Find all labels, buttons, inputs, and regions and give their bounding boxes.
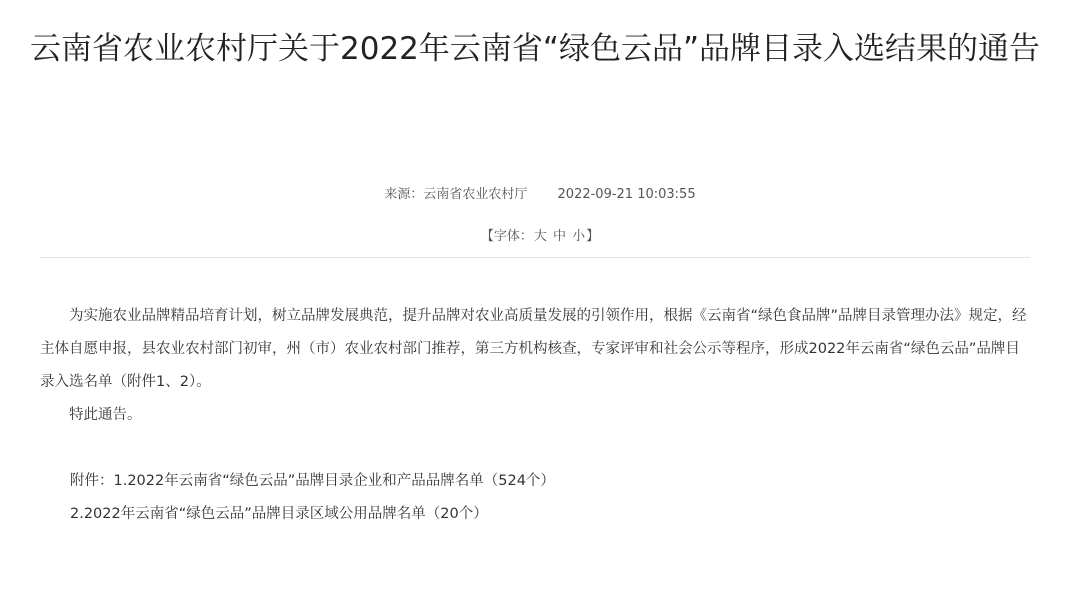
article-datetime: 2022-09-21 10:03:55	[558, 187, 696, 202]
font-size-medium-button[interactable]: 中	[553, 229, 566, 244]
article-source: 来源：云南省农业农村厅	[384, 187, 527, 202]
article-title: 云南省农业农村厅关于2022年云南省“绿色云品”品牌目录入选结果的通告	[30, 22, 1040, 76]
attachment-item[interactable]: 附件：1.2022年云南省“绿色云品”品牌目录企业和产品品牌名单（524个）	[40, 465, 1030, 498]
body-paragraph: 为实施农业品牌精品培育计划，树立品牌发展典范，提升品牌对农业高质量发展的引领作用…	[40, 300, 1030, 399]
attachment-item[interactable]: 2.2022年云南省“绿色云品”品牌目录区域公用品牌名单（20个）	[40, 498, 1030, 531]
font-size-selector: 【字体：大 中 小】	[0, 225, 1080, 244]
article-meta: 来源：云南省农业农村厅 2022-09-21 10:03:55	[0, 183, 1080, 202]
attachment-label: 附件：	[70, 473, 114, 489]
font-size-suffix: 】	[586, 229, 599, 244]
header-divider	[40, 257, 1030, 258]
article-body: 为实施农业品牌精品培育计划，树立品牌发展典范，提升品牌对农业高质量发展的引领作用…	[40, 300, 1030, 531]
font-size-small-button[interactable]: 小	[572, 229, 585, 244]
attachment-link-1[interactable]: 1.2022年云南省“绿色云品”品牌目录企业和产品品牌名单（524个）	[114, 473, 555, 489]
spacer	[40, 432, 1030, 465]
font-size-prefix: 【字体：	[481, 229, 533, 244]
font-size-large-button[interactable]: 大	[534, 229, 547, 244]
attachment-link-2[interactable]: 2.2022年云南省“绿色云品”品牌目录区域公用品牌名单（20个）	[70, 506, 488, 522]
body-paragraph-closing: 特此通告。	[40, 399, 1030, 432]
